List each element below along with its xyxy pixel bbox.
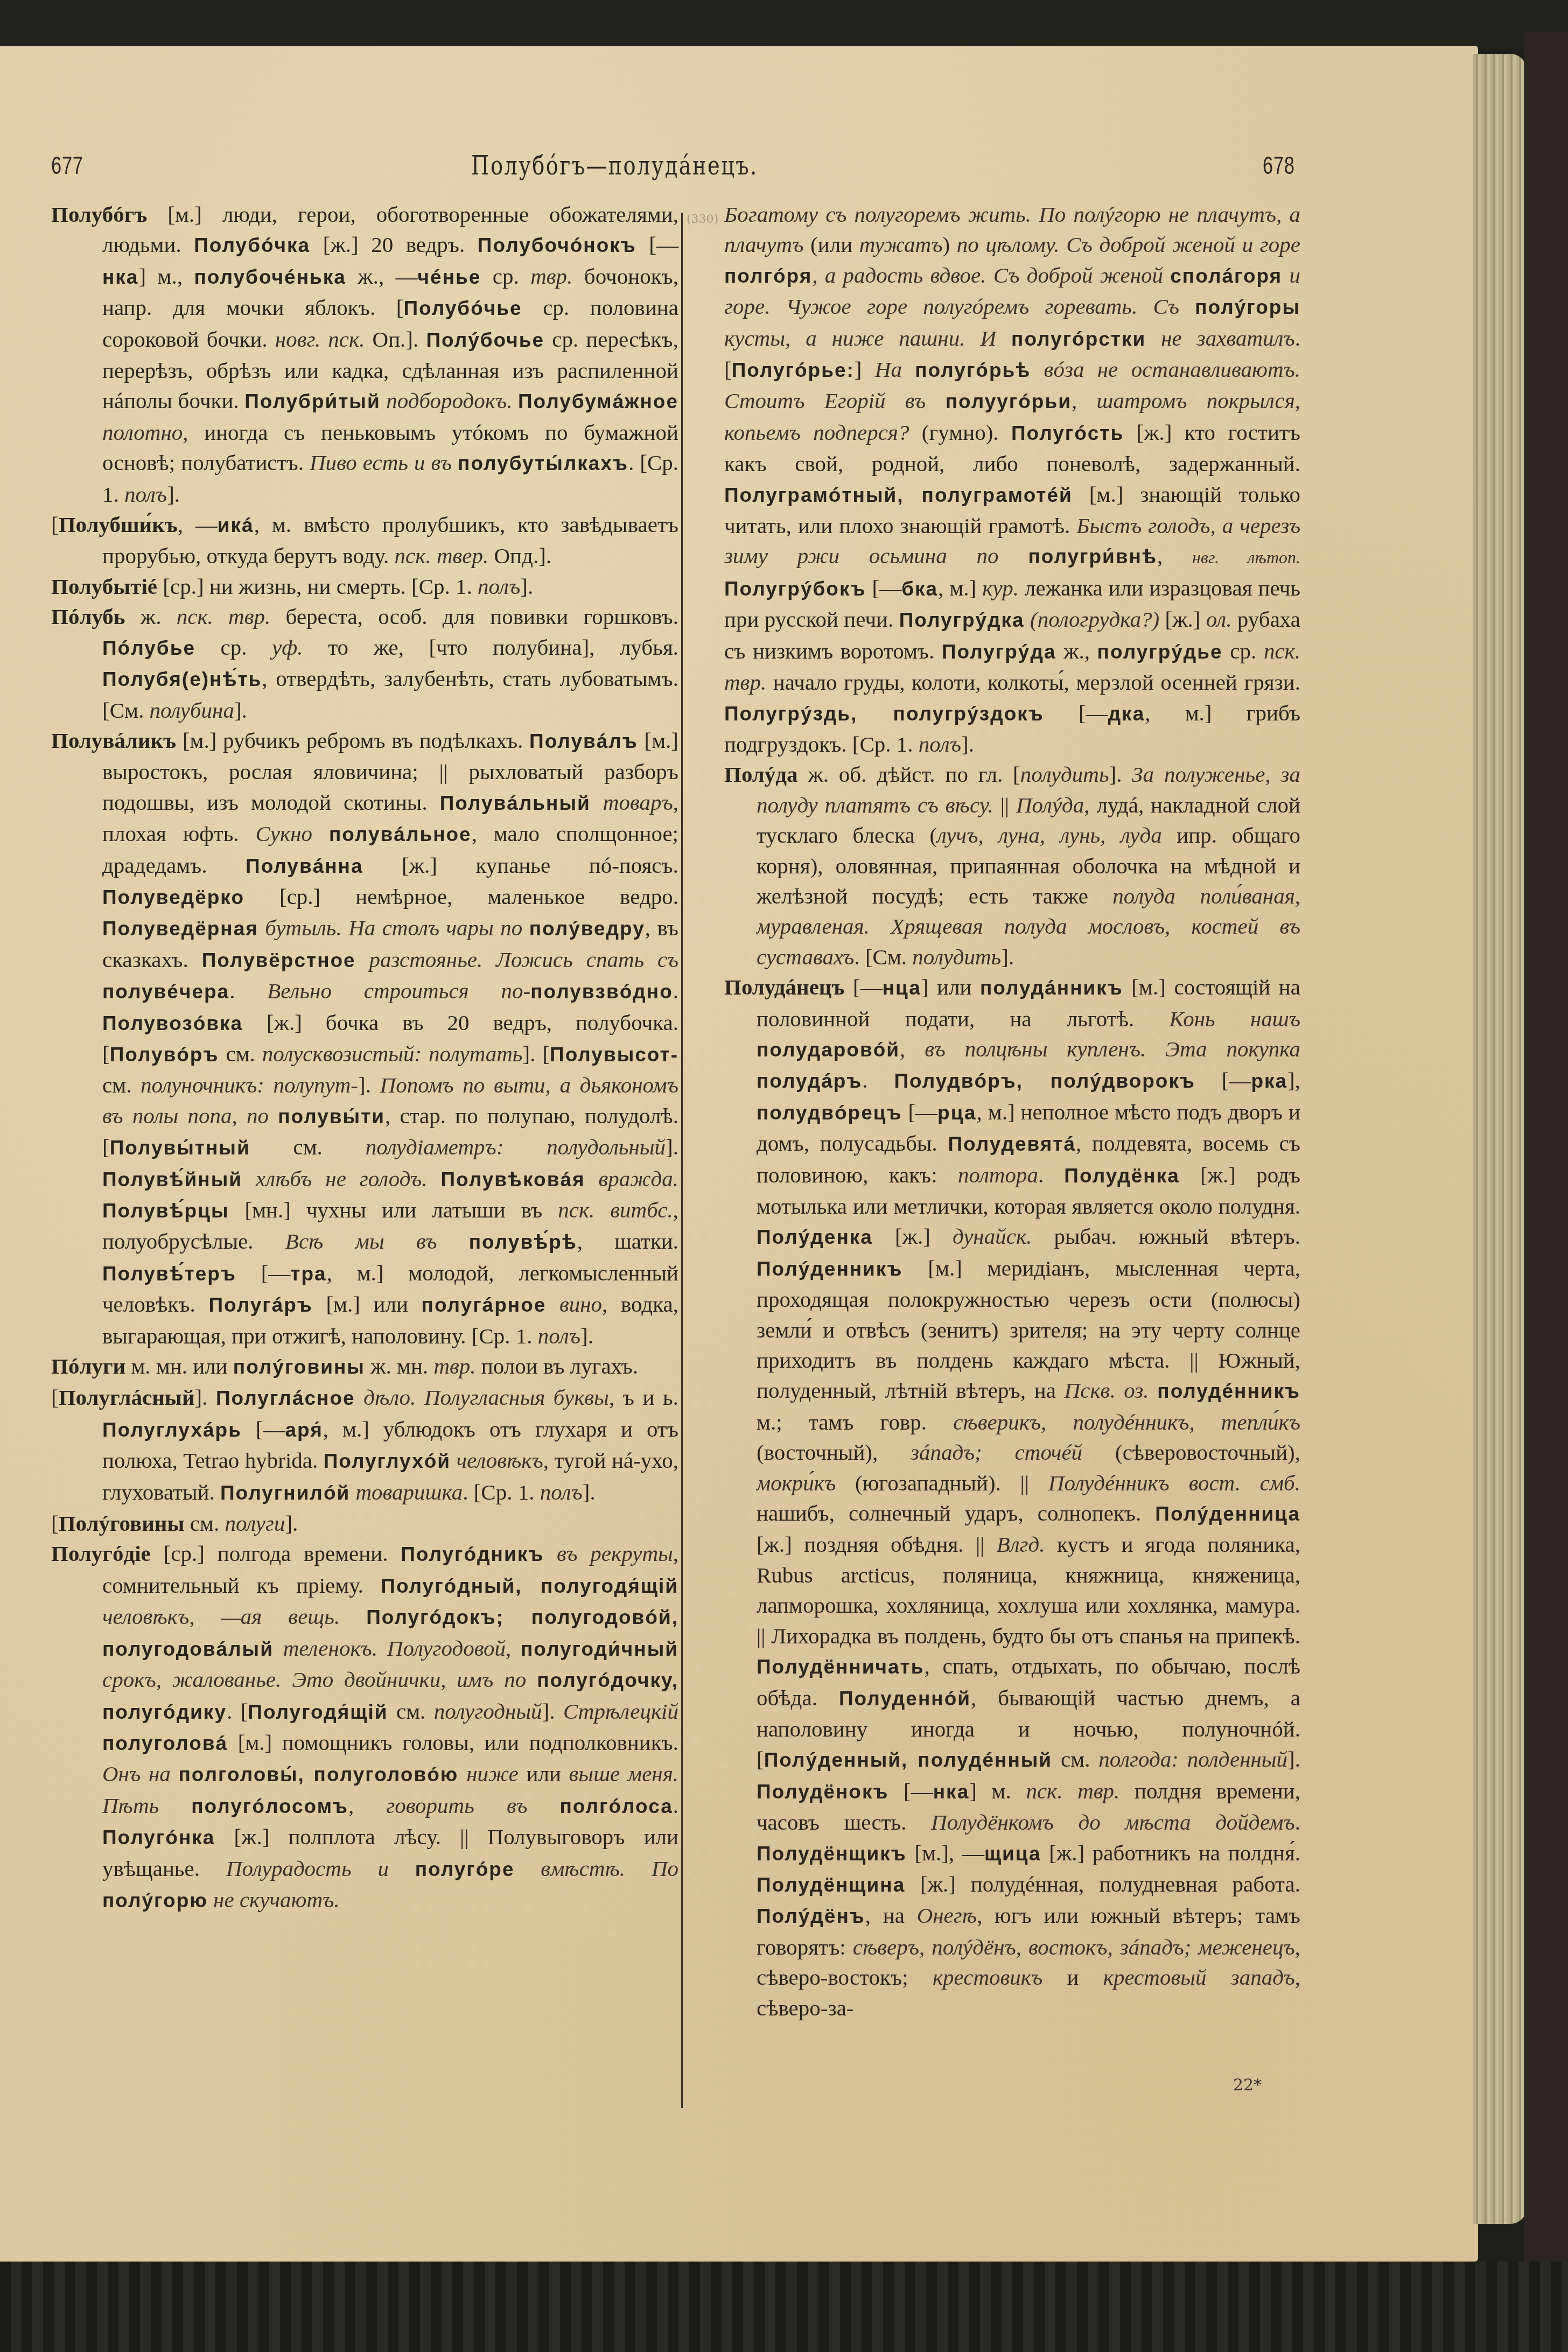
dictionary-entry: Полубытіé [ср.] ни жизнь, ни смерть. [Ср… [51, 571, 678, 601]
dictionary-entry: Богатому съ полугоремъ жить. По полýгорю… [724, 199, 1300, 759]
headword: Полуглáсное [216, 1387, 355, 1409]
headword: Полугрýда [942, 641, 1056, 663]
headword: Полувáльный [440, 792, 591, 814]
headword: Полугóсть [1011, 422, 1124, 444]
dictionary-entry: [Полубши́къ, —икá, м. вмѣсто пролубшикъ,… [51, 509, 678, 571]
left-page-number: 677 [51, 151, 83, 180]
headword: Полýбочье [426, 329, 544, 351]
headword: полувéчера [102, 981, 229, 1003]
body-text: Опд.]. [488, 543, 551, 568]
headword: полугóрьѣ [915, 359, 1031, 381]
italic-text: по цѣлому. Съ доброй женой и горе [957, 232, 1300, 257]
headword: полугрýдье [1097, 641, 1223, 663]
headword: Полубóчка [194, 234, 310, 256]
italic-text: не скучаютъ. [208, 1887, 340, 1912]
italic-text: теленокъ. Полугодовой, [274, 1636, 521, 1661]
italic-text: зáпадъ; сточéй [911, 1440, 1082, 1465]
body-text: см. [1052, 1747, 1098, 1772]
body-text: ж. [125, 604, 177, 629]
body-text: [ср.] полгода времени. [151, 1541, 401, 1566]
body-text: [ [51, 512, 59, 537]
headword: полудéнникъ [1157, 1380, 1300, 1402]
italic-text: срокъ, жалованье. Это двойнички, имъ по [102, 1667, 537, 1692]
body-text: береста, особ. для повивки горшковъ. [270, 604, 678, 629]
body-text: [м.], — [907, 1840, 984, 1865]
headword: Полубя(е)нѣ́ть [102, 668, 262, 690]
italic-text: крестовикъ [933, 1965, 1042, 1990]
italic-text: полусквозистый: полутать [262, 1041, 523, 1066]
italic-text: дунайск. [953, 1224, 1032, 1249]
italic-text: лучъ, луна, лунь, луда [937, 823, 1162, 848]
body-text: . [Ср. 1. [463, 1480, 540, 1504]
headword: Полугодя́щій [248, 1701, 388, 1723]
body-text: ]. [520, 574, 533, 599]
headword: Полувѣ́теръ [102, 1263, 236, 1285]
headword: Полуведёрко [102, 886, 244, 908]
headword: нка [933, 1781, 969, 1803]
italic-text: полъ [540, 1480, 583, 1504]
body-text: см. [219, 1041, 262, 1066]
italic-text: уф. [272, 635, 303, 660]
body-text: ]. [195, 1385, 216, 1410]
italic-text: пск. витбс. [558, 1198, 673, 1222]
body-text: . [См. [854, 944, 912, 969]
headword: Полудевятá [948, 1133, 1076, 1155]
headword: Полудёнщикъ [757, 1843, 907, 1865]
body-text: , ъ и ь. [609, 1385, 678, 1410]
body-text: см. [250, 1135, 366, 1159]
running-header: 677 Полубóгъ—полудáнецъ. 678 [51, 151, 1300, 194]
italic-text: , говорить въ [348, 1793, 559, 1818]
body-text: [— [1195, 1068, 1251, 1093]
italic-text: полгода: полденный [1098, 1747, 1287, 1772]
headword: рца [937, 1102, 976, 1124]
body-text: [— [844, 975, 882, 999]
body-text: ], [1287, 1068, 1300, 1093]
headword: Полувы́тный [110, 1137, 250, 1159]
book-page-edges [1473, 54, 1527, 2224]
headword: Полуглухáрь [102, 1419, 242, 1441]
running-head-title: Полубóгъ—полудáнецъ. [471, 151, 758, 181]
entry-headword: Полувáликъ [51, 728, 176, 753]
body-text: ]. [961, 732, 974, 757]
body-text: , м.] [938, 576, 982, 600]
italic-text: Полудéнникъ вост. смб. [1048, 1471, 1300, 1495]
headword: Полудёнка [1064, 1165, 1179, 1187]
headword: сполáгоря [1170, 265, 1282, 287]
headword: Полугрýбокъ [724, 578, 866, 600]
italic-text: кусты, а ниже пашни. И [724, 326, 1011, 351]
italic-text: кур. [982, 576, 1019, 600]
headword: Полуглухóй [324, 1450, 451, 1472]
italic-text: хлѣбъ не голодъ. [242, 1166, 440, 1191]
italic-text: новг. пск. [275, 327, 365, 352]
headword: нца [883, 977, 921, 999]
headword: Полýдёнъ [757, 1905, 865, 1927]
body-text: [ [51, 1385, 59, 1410]
headword: Полувáлъ [529, 730, 638, 752]
italic-text: подбородокъ. [381, 388, 518, 413]
headword: тра [290, 1263, 326, 1285]
headword: полувзвóдно [530, 981, 673, 1003]
body-text: [ср.] ни жизнь, ни смерть. [Ср. 1. [157, 574, 478, 599]
body-text: [— [236, 1261, 290, 1285]
headword: Полувѣковáя [440, 1168, 585, 1191]
body-text: ) [943, 232, 957, 257]
entry-headword: Пóлуги [51, 1354, 125, 1378]
body-text: (гумно). [909, 420, 1011, 445]
italic-text: Полудёнкомъ до мѣста дойдемъ [931, 1810, 1295, 1835]
headword: Полугóдный, полугодя́щій [381, 1575, 678, 1597]
body-text: [ж.] [873, 1224, 953, 1249]
italic-text: полъ [478, 574, 520, 599]
body-text: ж., — [346, 264, 418, 289]
body-text: м. мн. или [125, 1354, 233, 1378]
body-text: . [673, 1793, 678, 1818]
dictionary-entry: Полувáликъ [м.] рубчикъ ребромъ въ подѣл… [51, 725, 678, 1351]
headword: рка [1251, 1070, 1287, 1092]
headword: Полубумáжное [518, 390, 678, 412]
headword: полувѣ́рѣ [469, 1231, 577, 1253]
body-text: ср. [195, 635, 272, 660]
body-text: [ [51, 1511, 59, 1536]
headword: Полубóчье [403, 297, 522, 319]
italic-text: не захватилъ [1146, 326, 1295, 351]
headword: полголовы́, полуголовóю [179, 1763, 459, 1786]
italic-text: пск. твр. [177, 604, 271, 629]
body-text: ]. [358, 1073, 380, 1097]
headword: полудáръ [757, 1070, 862, 1092]
body-text: ]. [583, 1480, 596, 1504]
column-divider [681, 213, 683, 2108]
body-text: см. [388, 1699, 434, 1724]
headword: полугóлосомъ [191, 1795, 348, 1817]
body-text: [— [902, 1100, 937, 1124]
headword: полувы́ти [278, 1105, 385, 1128]
left-column: Полубóгъ [м.] люди, герои, обоготворенны… [51, 199, 678, 1916]
headword: Полýденный, полудéнный [764, 1749, 1052, 1771]
headword: икá [218, 514, 254, 536]
body-text: ] м., [138, 264, 194, 289]
dictionary-entry: Полудáнецъ [—нца] или полудáнникъ [м.] с… [724, 972, 1300, 2023]
headword: Полýденница [1155, 1503, 1300, 1525]
body-text: [м.] или [313, 1292, 422, 1317]
body-text: ]. [167, 482, 180, 507]
headword: полýговины [233, 1356, 365, 1378]
headword: полудáнникъ [980, 977, 1123, 999]
italic-text: ниже [458, 1761, 518, 1786]
abbreviation: нвг. лѣтоп. [1192, 548, 1300, 567]
italic-text: ол. [1206, 607, 1232, 632]
headword: Полýденка [757, 1226, 873, 1248]
body-text: . [1038, 1163, 1064, 1187]
headword: бка [901, 578, 938, 600]
italic-text: мокри́къ [757, 1471, 836, 1495]
headword: Полубри́тый [244, 390, 381, 412]
headword: Полугрýдка [899, 609, 1025, 631]
body-text [1025, 607, 1030, 632]
italic-text: полубина [149, 698, 234, 723]
italic-text: полуги [225, 1511, 285, 1536]
headword: Полувозóвка [102, 1012, 243, 1034]
headword: дка [1108, 703, 1145, 725]
body-text: [ж.] [1159, 607, 1206, 632]
headword: полударовóй [757, 1039, 900, 1061]
italic-text: Пскв. оз. [1065, 1378, 1149, 1403]
italic-text: крестовый западъ [1103, 1965, 1295, 1990]
headword: Полугóнка [102, 1826, 215, 1849]
entry-headword: Полубши́къ [59, 512, 178, 537]
italic-text: Онегѣ [917, 1903, 977, 1928]
italic-text: Всѣ мы въ [285, 1229, 469, 1254]
body-text: ]. [1109, 762, 1132, 787]
right-column: Богатому съ полугоремъ жить. По полýгорю… [724, 199, 1300, 2023]
headword: Полугóрье: [732, 359, 855, 381]
headword: нка [102, 266, 138, 288]
body-text: [ж.] 20 ведръ. [310, 232, 478, 257]
body-text: ж. об. дѣйст. по гл. [ [798, 762, 1020, 787]
italic-text: (пологрудка?) [1030, 607, 1159, 632]
body-text: ж., [1056, 639, 1097, 663]
italic-text: дѣло. Полугласныя буквы [355, 1385, 609, 1410]
body-text: [ж.] работникъ на полдня́. [1041, 1840, 1300, 1865]
italic-text: товаръ [591, 790, 673, 815]
headword: полуголовá [102, 1732, 228, 1754]
body-text: ]. [234, 698, 247, 723]
body-text: (сѣверовосточный), [1082, 1440, 1300, 1465]
dictionary-entry: Пóлуги м. мн. или полýговины ж. мн. твр.… [51, 1351, 678, 1382]
headword: Полудённичать [757, 1656, 924, 1678]
body-text: . [1295, 1810, 1300, 1835]
body-text: см. [184, 1511, 225, 1536]
body-text: , — [178, 512, 218, 537]
body-text: [— [888, 1779, 933, 1803]
body-text: ]. [666, 1135, 678, 1159]
headword: Полугáръ [208, 1294, 312, 1316]
body-text: полои въ лугахъ. [476, 1354, 638, 1378]
entry-headword: Полубóгъ [51, 202, 147, 227]
italic-text: Стрѣлецкій [563, 1699, 678, 1724]
entry-headword: Полýда [724, 762, 798, 787]
headword: полýведру [529, 918, 645, 940]
headword: чéнье [418, 266, 481, 288]
scan-background-bottom [0, 2262, 1568, 2352]
body-text: или [519, 1761, 569, 1786]
italic-text: твр. [530, 264, 572, 289]
body-text: [м.] рубчикъ ребромъ въ подѣлкахъ. [176, 728, 529, 753]
body-text: , на [865, 1903, 917, 1928]
italic-text: вражда. [585, 1166, 678, 1191]
entry-headword: Пóлубь [51, 604, 125, 629]
italic-text: человѣкъ [451, 1448, 543, 1473]
margin-note: (330) [687, 213, 718, 226]
scan-background-top [0, 0, 1568, 48]
body-text: . [862, 1068, 894, 1093]
italic-text: товаришка [350, 1480, 463, 1504]
body-text: [ср.] немѣрное, маленькое ведро. [244, 884, 678, 909]
body-text: ]. [ [523, 1041, 550, 1066]
body-text: , шатки. [577, 1229, 678, 1254]
italic-text: Вельно строиться по- [267, 978, 530, 1003]
headword: полугóре [415, 1858, 515, 1880]
body-text: ж. мн. [365, 1354, 433, 1378]
body-text: нашибъ, солнечный ударъ, солнопекъ. [757, 1501, 1155, 1525]
body-text: [— [636, 232, 678, 257]
body-text: . [ [227, 1699, 248, 1724]
dictionary-entry: Полýда ж. об. дѣйст. по гл. [полудить]. … [724, 759, 1300, 972]
headword: полýгорю [102, 1889, 208, 1912]
body-text: [м.] помощникъ головы, или подполковникъ… [228, 1730, 678, 1755]
entry-headword: Полуглáсный [59, 1385, 195, 1410]
body-text: то же, [что полубина], лубья. [303, 635, 678, 660]
italic-text: разстоянье. Ложись спать съ [356, 947, 678, 972]
italic-text: тужатъ [859, 232, 943, 257]
body-text: рыбач. южный вѣтеръ. [1032, 1224, 1300, 1249]
body-text: ]. [542, 1699, 563, 1724]
italic-text: полудіаметръ: полудольный [366, 1135, 666, 1159]
body-text: (югозападный). || [836, 1471, 1048, 1495]
body-text: . [229, 978, 267, 1003]
entry-headword: Полудáнецъ [724, 975, 844, 999]
headword: Полуденнóй [839, 1688, 971, 1710]
headword: Полувóръ [110, 1044, 219, 1066]
italic-text: вино [546, 1292, 602, 1317]
dictionary-entry: [Полýговины см. полуги]. [51, 1508, 678, 1538]
body-text: ср. [481, 264, 530, 289]
body-text: (восточный), [757, 1440, 911, 1465]
body-text: ]. [1287, 1747, 1300, 1772]
italic-text: Онъ на [102, 1761, 179, 1786]
body-text: [ж.] поздняя обѣдня. || [757, 1532, 997, 1557]
headword: Полувёрстное [202, 949, 356, 971]
italic-text: Сукно [256, 821, 329, 846]
body-text: [ж.] купанье пó-поясъ. [363, 853, 679, 878]
body-text: [— [242, 1417, 285, 1441]
italic-text: сѣверъ, полýдёнъ, востокъ, зáпадъ; межен… [853, 1935, 1295, 1959]
body-text: [— [866, 576, 901, 600]
right-page-number: 678 [1263, 151, 1295, 180]
headword: Полуведёрная [102, 918, 258, 940]
headword: полугри́внѣ [1028, 545, 1157, 568]
headword: Полуграмóтный, полуграмотéй [724, 484, 1073, 506]
body-text: (или [803, 232, 859, 257]
headword: полугáрное [422, 1294, 547, 1316]
body-text [1149, 1378, 1158, 1403]
headword: полугóрстки [1011, 328, 1146, 350]
headword: щица [984, 1843, 1041, 1865]
headword: Полувáнна [246, 855, 363, 877]
italic-text: Влгд. [997, 1532, 1045, 1557]
italic-text: полуночникъ: полупут- [141, 1073, 358, 1097]
italic-text: бутыль. На столъ чары по [258, 915, 529, 940]
italic-text: Полýда [1016, 793, 1084, 817]
dictionary-entry: Пóлубь ж. пск. твр. береста, особ. для п… [51, 601, 678, 725]
dictionary-entry: [Полуглáсный]. Полуглáсное дѣло. Полугла… [51, 1382, 678, 1508]
dictionary-entry: Полубóгъ [м.] люди, герои, обоготворенны… [51, 199, 678, 509]
italic-text: полъ [538, 1324, 580, 1348]
italic-text: въ рекруты [544, 1541, 673, 1566]
headword: полуугóрьи [946, 390, 1072, 412]
italic-text: Полурадость и [226, 1856, 415, 1881]
italic-text: , а радость вдвое. Съ доброй женой [812, 263, 1170, 288]
headword: полудвóрецъ [757, 1102, 902, 1124]
headword: Полувѣ́йный [102, 1168, 242, 1191]
signature-mark: 22* [1233, 2076, 1262, 2095]
headword: полувáльное [329, 823, 472, 845]
headword: полубуты́лкахъ [458, 452, 628, 474]
book-cover-edge [1524, 32, 1568, 2352]
headword: Полугнилóй [220, 1482, 350, 1504]
italic-text: полотно, [102, 420, 188, 445]
body-text: [— [1044, 701, 1108, 725]
headword: Полудёнщина [757, 1874, 905, 1896]
italic-text: полугодный [434, 1699, 542, 1724]
body-text: ] [855, 357, 875, 382]
body-text: , [1157, 543, 1192, 568]
italic-text: сѣверикъ, полудéнникъ, тепли́къ [953, 1410, 1300, 1434]
body-text: . [673, 978, 678, 1003]
italic-text: полтора [958, 1163, 1038, 1187]
headword: Полýденникъ [757, 1258, 902, 1280]
italic-text: пск. твр. [1026, 1779, 1119, 1803]
body-text: || [993, 793, 1016, 817]
headword: полýгоры [1195, 296, 1300, 318]
italic-text: пск. твер. [395, 543, 489, 568]
entry-headword: Полугóдіе [51, 1541, 151, 1566]
headword: полубочéнька [194, 266, 346, 288]
body-text: ]. [285, 1511, 298, 1536]
headword: Полудвóръ, полýдворокъ [894, 1070, 1195, 1092]
italic-text: твр. [433, 1354, 475, 1378]
headword: Полудёнокъ [757, 1781, 888, 1803]
body-text: [ж.] полудéнная, полудневная работа. [905, 1872, 1300, 1896]
entry-headword: Полубытіé [51, 574, 157, 599]
italic-text: вмѣстѣ. По [515, 1856, 678, 1881]
italic-text: полъ [124, 482, 167, 507]
italic-text: полудить [1020, 762, 1109, 787]
body-text: ] м. [969, 1779, 1026, 1803]
body-text: ]. [580, 1324, 593, 1348]
entry-headword: Полýговины [59, 1511, 185, 1536]
body-text: ] или [921, 975, 980, 999]
body-text: начало груды, колоти, колкоты́, мерзлой … [766, 670, 1300, 695]
body-text: Оп.]. [365, 327, 426, 352]
italic-text: , въ полцѣны купленъ. Эта покупка [900, 1037, 1300, 1061]
body-text: и [1042, 1965, 1103, 1990]
body-text: ср. [1223, 639, 1264, 663]
italic-text: человѣкъ, —ая вещь. [102, 1604, 366, 1629]
italic-text: полъ [919, 732, 961, 757]
headword: полгóлоса [559, 1795, 673, 1817]
headword: Полугóдникъ [401, 1543, 544, 1565]
headword: Полубочóнокъ [478, 234, 636, 256]
body-text: см. [102, 1073, 141, 1097]
headword: Пóлубье [102, 637, 195, 659]
italic-text: Конь нашъ [1169, 1006, 1300, 1031]
body-text: м.; тамъ говр. [757, 1410, 953, 1434]
body-text: ]. [1001, 944, 1014, 969]
headword: полгóря [724, 265, 812, 287]
headword: Полувысот- [550, 1044, 678, 1066]
body-text: [мн.] чухны или латыши въ [229, 1198, 558, 1222]
italic-text: На [875, 357, 915, 382]
headword: Полувѣ́рцы [102, 1200, 229, 1222]
italic-text: полудить [912, 944, 1001, 969]
italic-text: Пиво есть и въ [310, 450, 458, 475]
headword: аря́ [285, 1419, 323, 1441]
dictionary-entry: Полугóдіе [ср.] полгода времени. Полугóд… [51, 1538, 678, 1916]
headword: Полугрýздь, полугрýздокъ [724, 703, 1044, 725]
